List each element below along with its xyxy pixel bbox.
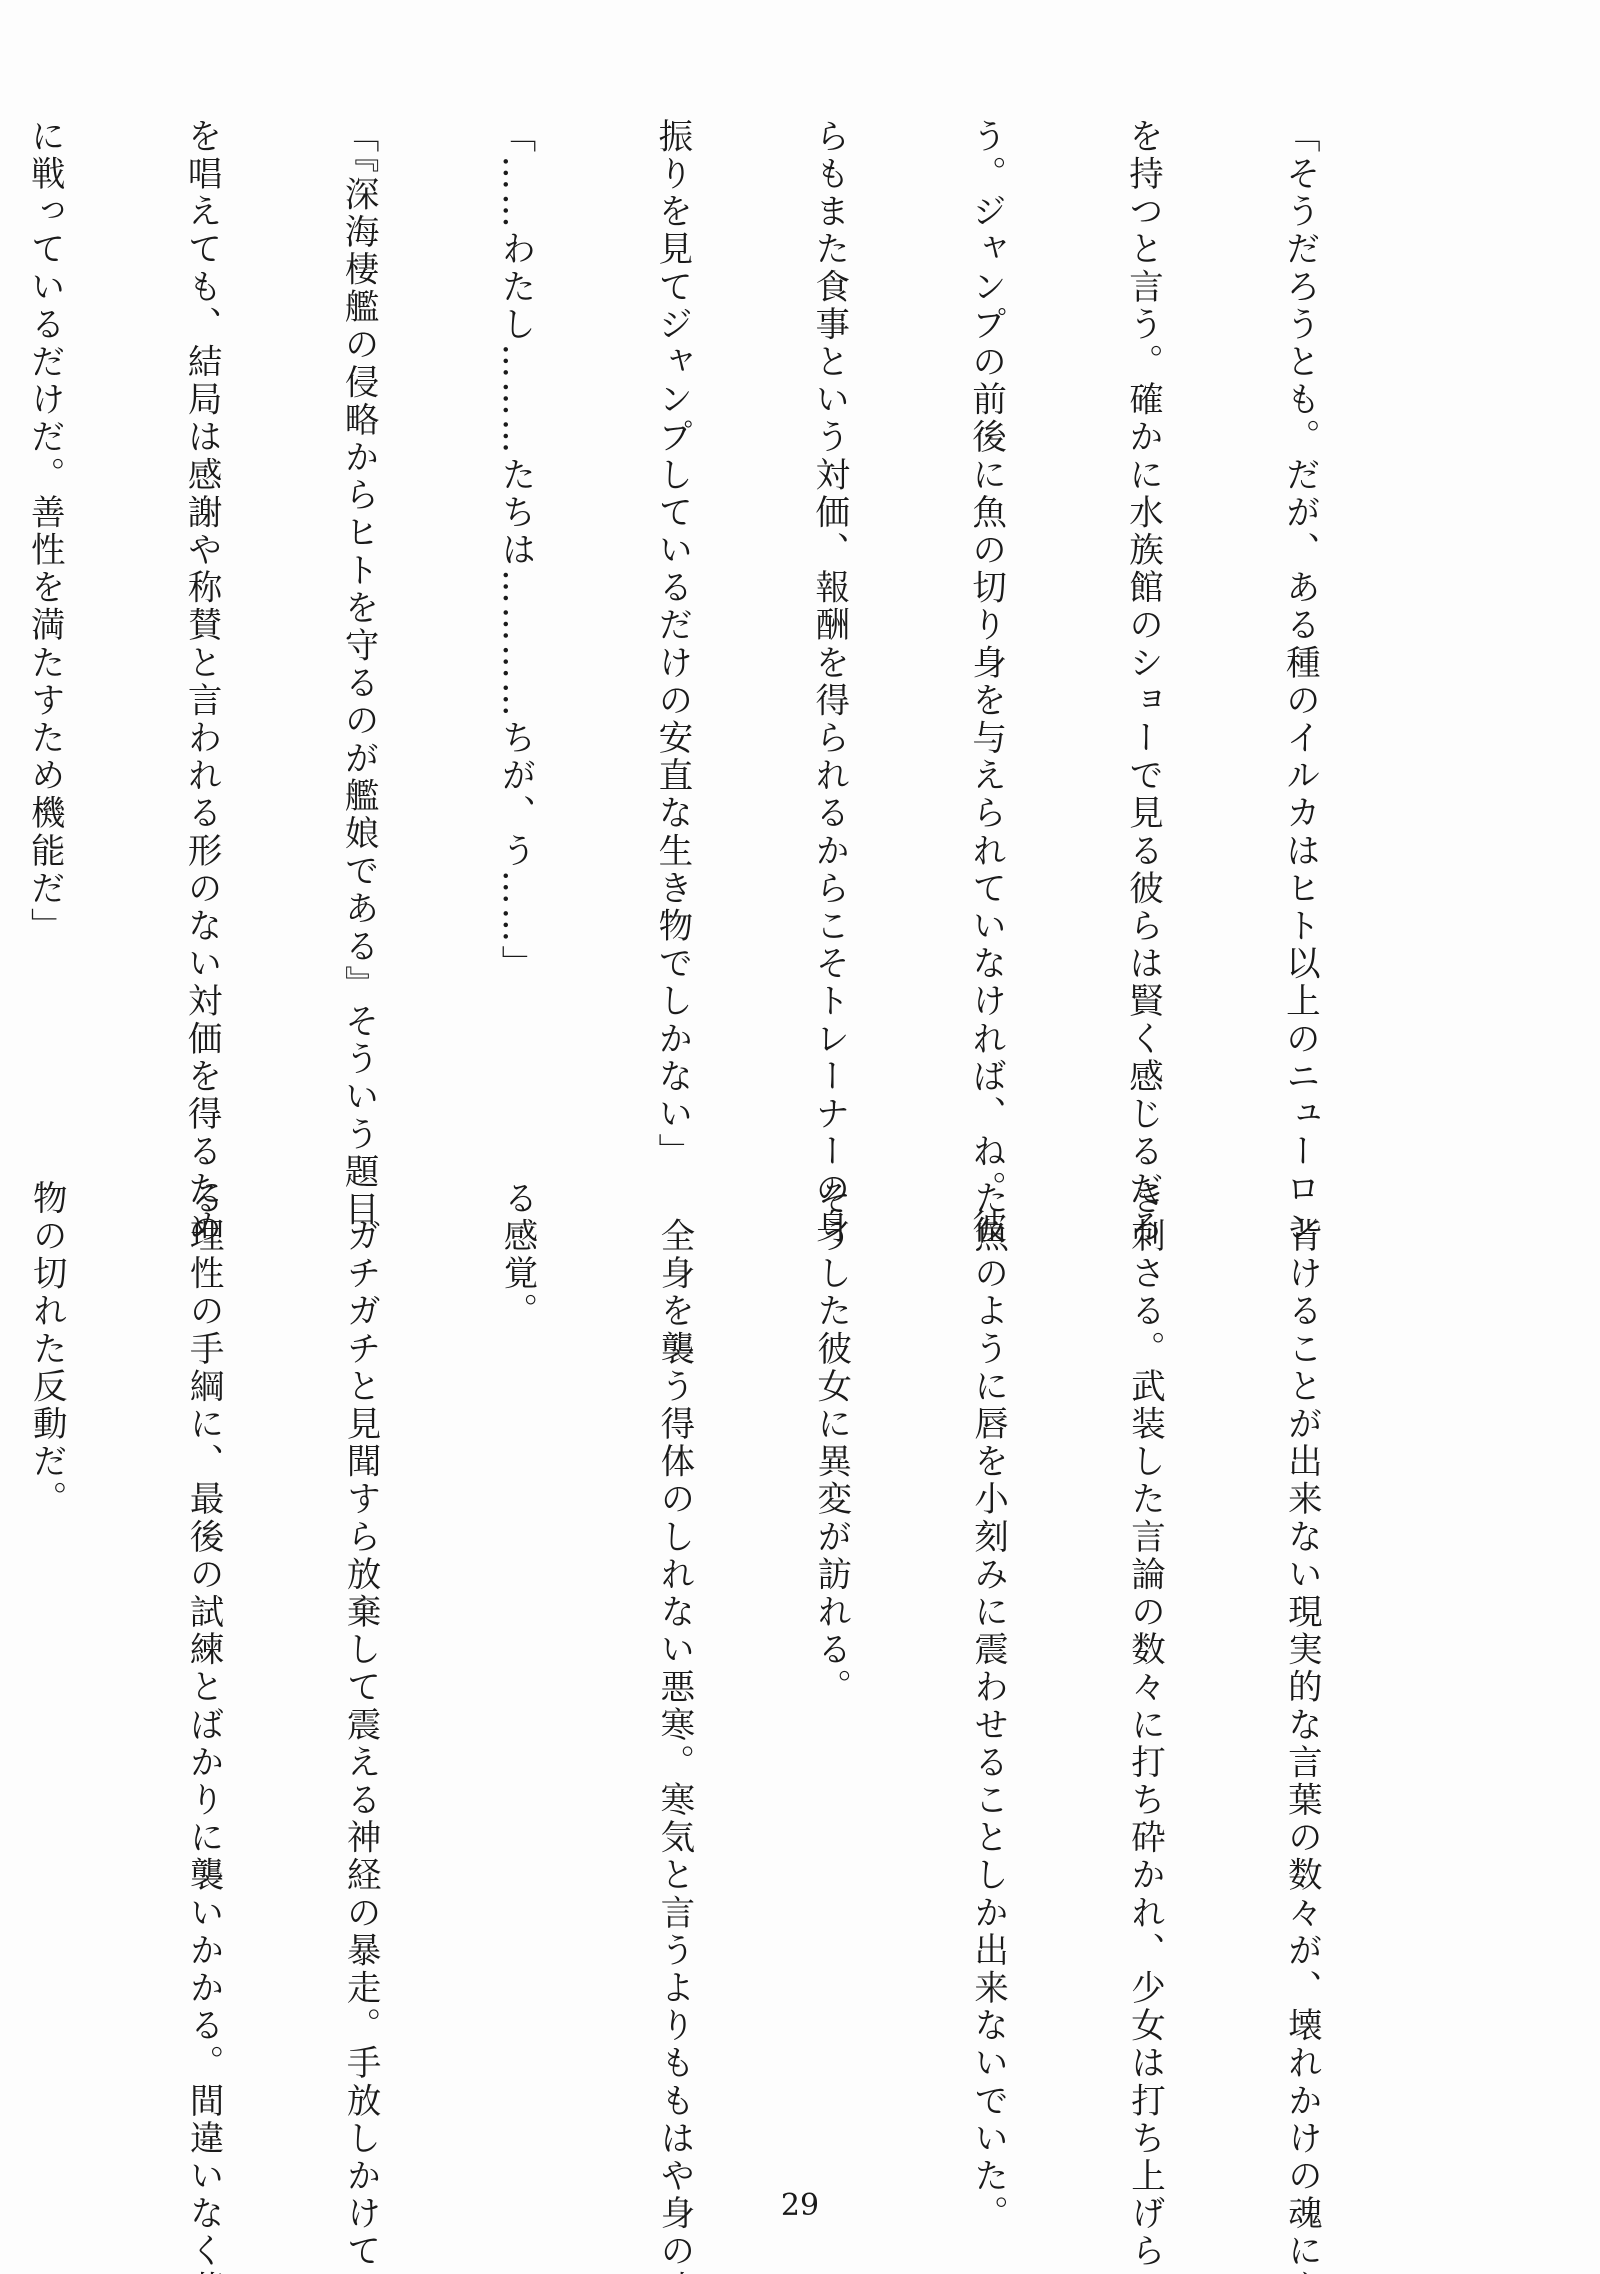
page-number: 29 [0, 2188, 1600, 2223]
text-block-bottom: 背けることが出来ない現実的な言葉の数々が、壊れかけの魂に突 き刺さる。武装した言… [0, 1180, 1432, 2140]
text-column: る感覚。 [491, 1180, 543, 2140]
text-column: らもまた食事という対価、報酬を得られるからこそトレーナーの身 [802, 118, 854, 1078]
text-column: き刺さる。武装した言論の数々に打ち砕かれ、少女は打ち上げられ [1118, 1180, 1170, 2140]
text-column: 背けることが出来ない現実的な言葉の数々が、壊れかけの魂に突 [1275, 1180, 1327, 2140]
book-page: 「そうだろうとも。だが、ある種のイルカはヒト以上のニューロン を持つと言う。確か… [0, 0, 1600, 2274]
text-column: 物の切れた反動だ。 [20, 1180, 72, 2140]
text-column: に戦っているだけだ。善性を満たすため機能だ」 [18, 118, 70, 1078]
text-column: 「そうだろうとも。だが、ある種のイルカはヒト以上のニューロン [1273, 118, 1325, 1078]
text-column: 「『深海棲艦の侵略からヒトを守るのが艦娘である』そういう題目 [332, 118, 384, 1078]
text-column: る理性の手綱に、最後の試練とばかりに襲いかかる。間違いなく薬 [177, 1180, 229, 2140]
text-column: 「……わたし………たちは…………ちが、う……」 [489, 118, 541, 1078]
text-column: う。ジャンプの前後に魚の切り身を与えられていなければ、ね。彼 [959, 118, 1011, 1078]
text-column: 振りを見てジャンプしているだけの安直な生き物でしかない」 [646, 118, 698, 1078]
text-column: そうした彼女に異変が訪れる。 [804, 1180, 856, 2140]
text-column: を持つと言う。確かに水族館のショーで見る彼らは賢く感じるだろ [1116, 118, 1168, 1078]
text-column: を唱えても、結局は感謝や称賛と言われる形のない対価を得るため [175, 118, 227, 1078]
text-block-top: 「そうだろうとも。だが、ある種のイルカはヒト以上のニューロン を持つと言う。確か… [0, 118, 1430, 1078]
text-column: 全身を襲う得体のしれない悪寒。寒気と言うよりももはや身の凍 [648, 1180, 700, 2140]
text-column: た魚のように唇を小刻みに震わせることしか出来ないでいた。 [961, 1180, 1013, 2140]
text-column: ガチガチと見聞すら放棄して震える神経の暴走。手放しかけてい [334, 1180, 386, 2140]
